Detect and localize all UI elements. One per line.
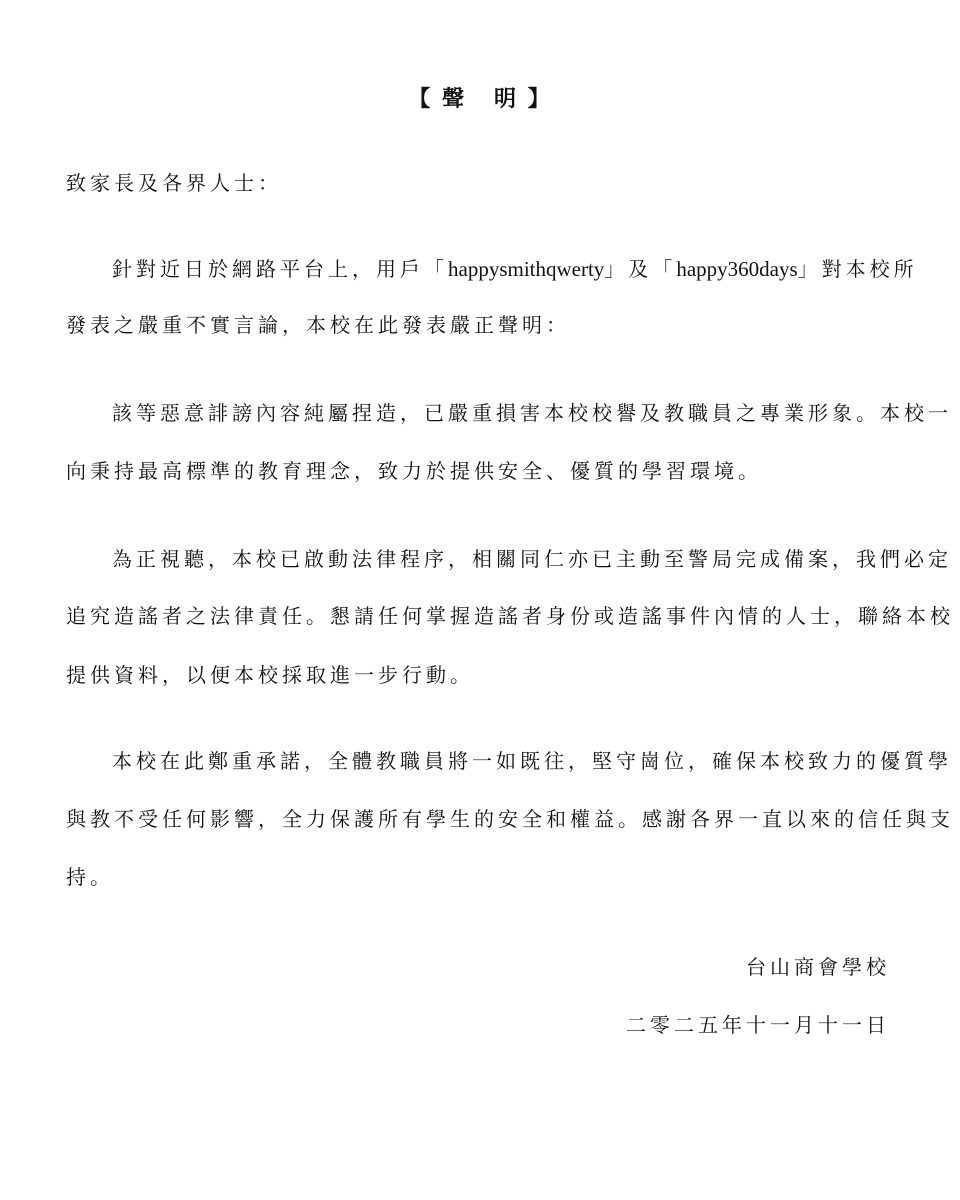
- title-char-1: 聲: [442, 86, 466, 112]
- title-close-bracket: 】: [528, 86, 552, 112]
- text-segment: 」對本校所: [798, 257, 918, 281]
- paragraph-1-line-2: 發表之嚴重不實言論，本校在此發表嚴正聲明：: [66, 310, 570, 340]
- salutation: 致家長及各界人士：: [66, 168, 282, 198]
- paragraph-2-line-2: 向秉持最高標準的教育理念，致力於提供安全、優質的學習環境。: [66, 456, 762, 486]
- paragraph-4-line-1: 本校在此鄭重承諾，全體教職員將一如既往，堅守崗位，確保本校致力的優質學: [112, 746, 952, 776]
- text-segment: 針對近日於網路平台上，用戶「: [112, 257, 448, 281]
- paragraph-2-line-1: 該等惡意誹謗內容純屬捏造，已嚴重損害本校校譽及教職員之專業形象。本校一: [112, 398, 952, 428]
- text-segment: 」及「: [604, 257, 676, 281]
- title-char-2: 明: [494, 86, 518, 112]
- paragraph-3-line-3: 提供資料，以便本校採取進一步行動。: [66, 660, 474, 690]
- paragraph-4-line-2: 與教不受任何影響，全力保護所有學生的安全和權益。感謝各界一直以來的信任與支: [66, 804, 954, 834]
- paragraph-4-line-3: 持。: [66, 862, 114, 892]
- signature-school: 台山商會學校: [746, 952, 890, 982]
- page-title: 【 聲明 】: [0, 82, 960, 113]
- paragraph-1-line-1: 針對近日於網路平台上，用戶「happysmithqwerty」及「happy36…: [112, 254, 918, 284]
- username-1: happysmithqwerty: [448, 257, 604, 281]
- paragraph-3-line-2: 追究造謠者之法律責任。懇請任何掌握造謠者身份或造謠事件內情的人士，聯絡本校: [66, 601, 954, 631]
- statement-page: 【 聲明 】 致家長及各界人士： 針對近日於網路平台上，用戶「happysmit…: [0, 0, 960, 1200]
- username-2: happy360days: [676, 257, 797, 281]
- signature-date: 二零二五年十一月十一日: [626, 1010, 890, 1040]
- paragraph-3-line-1: 為正視聽，本校已啟動法律程序，相關同仁亦已主動至警局完成備案，我們必定: [112, 544, 952, 574]
- title-open-bracket: 【: [408, 86, 432, 112]
